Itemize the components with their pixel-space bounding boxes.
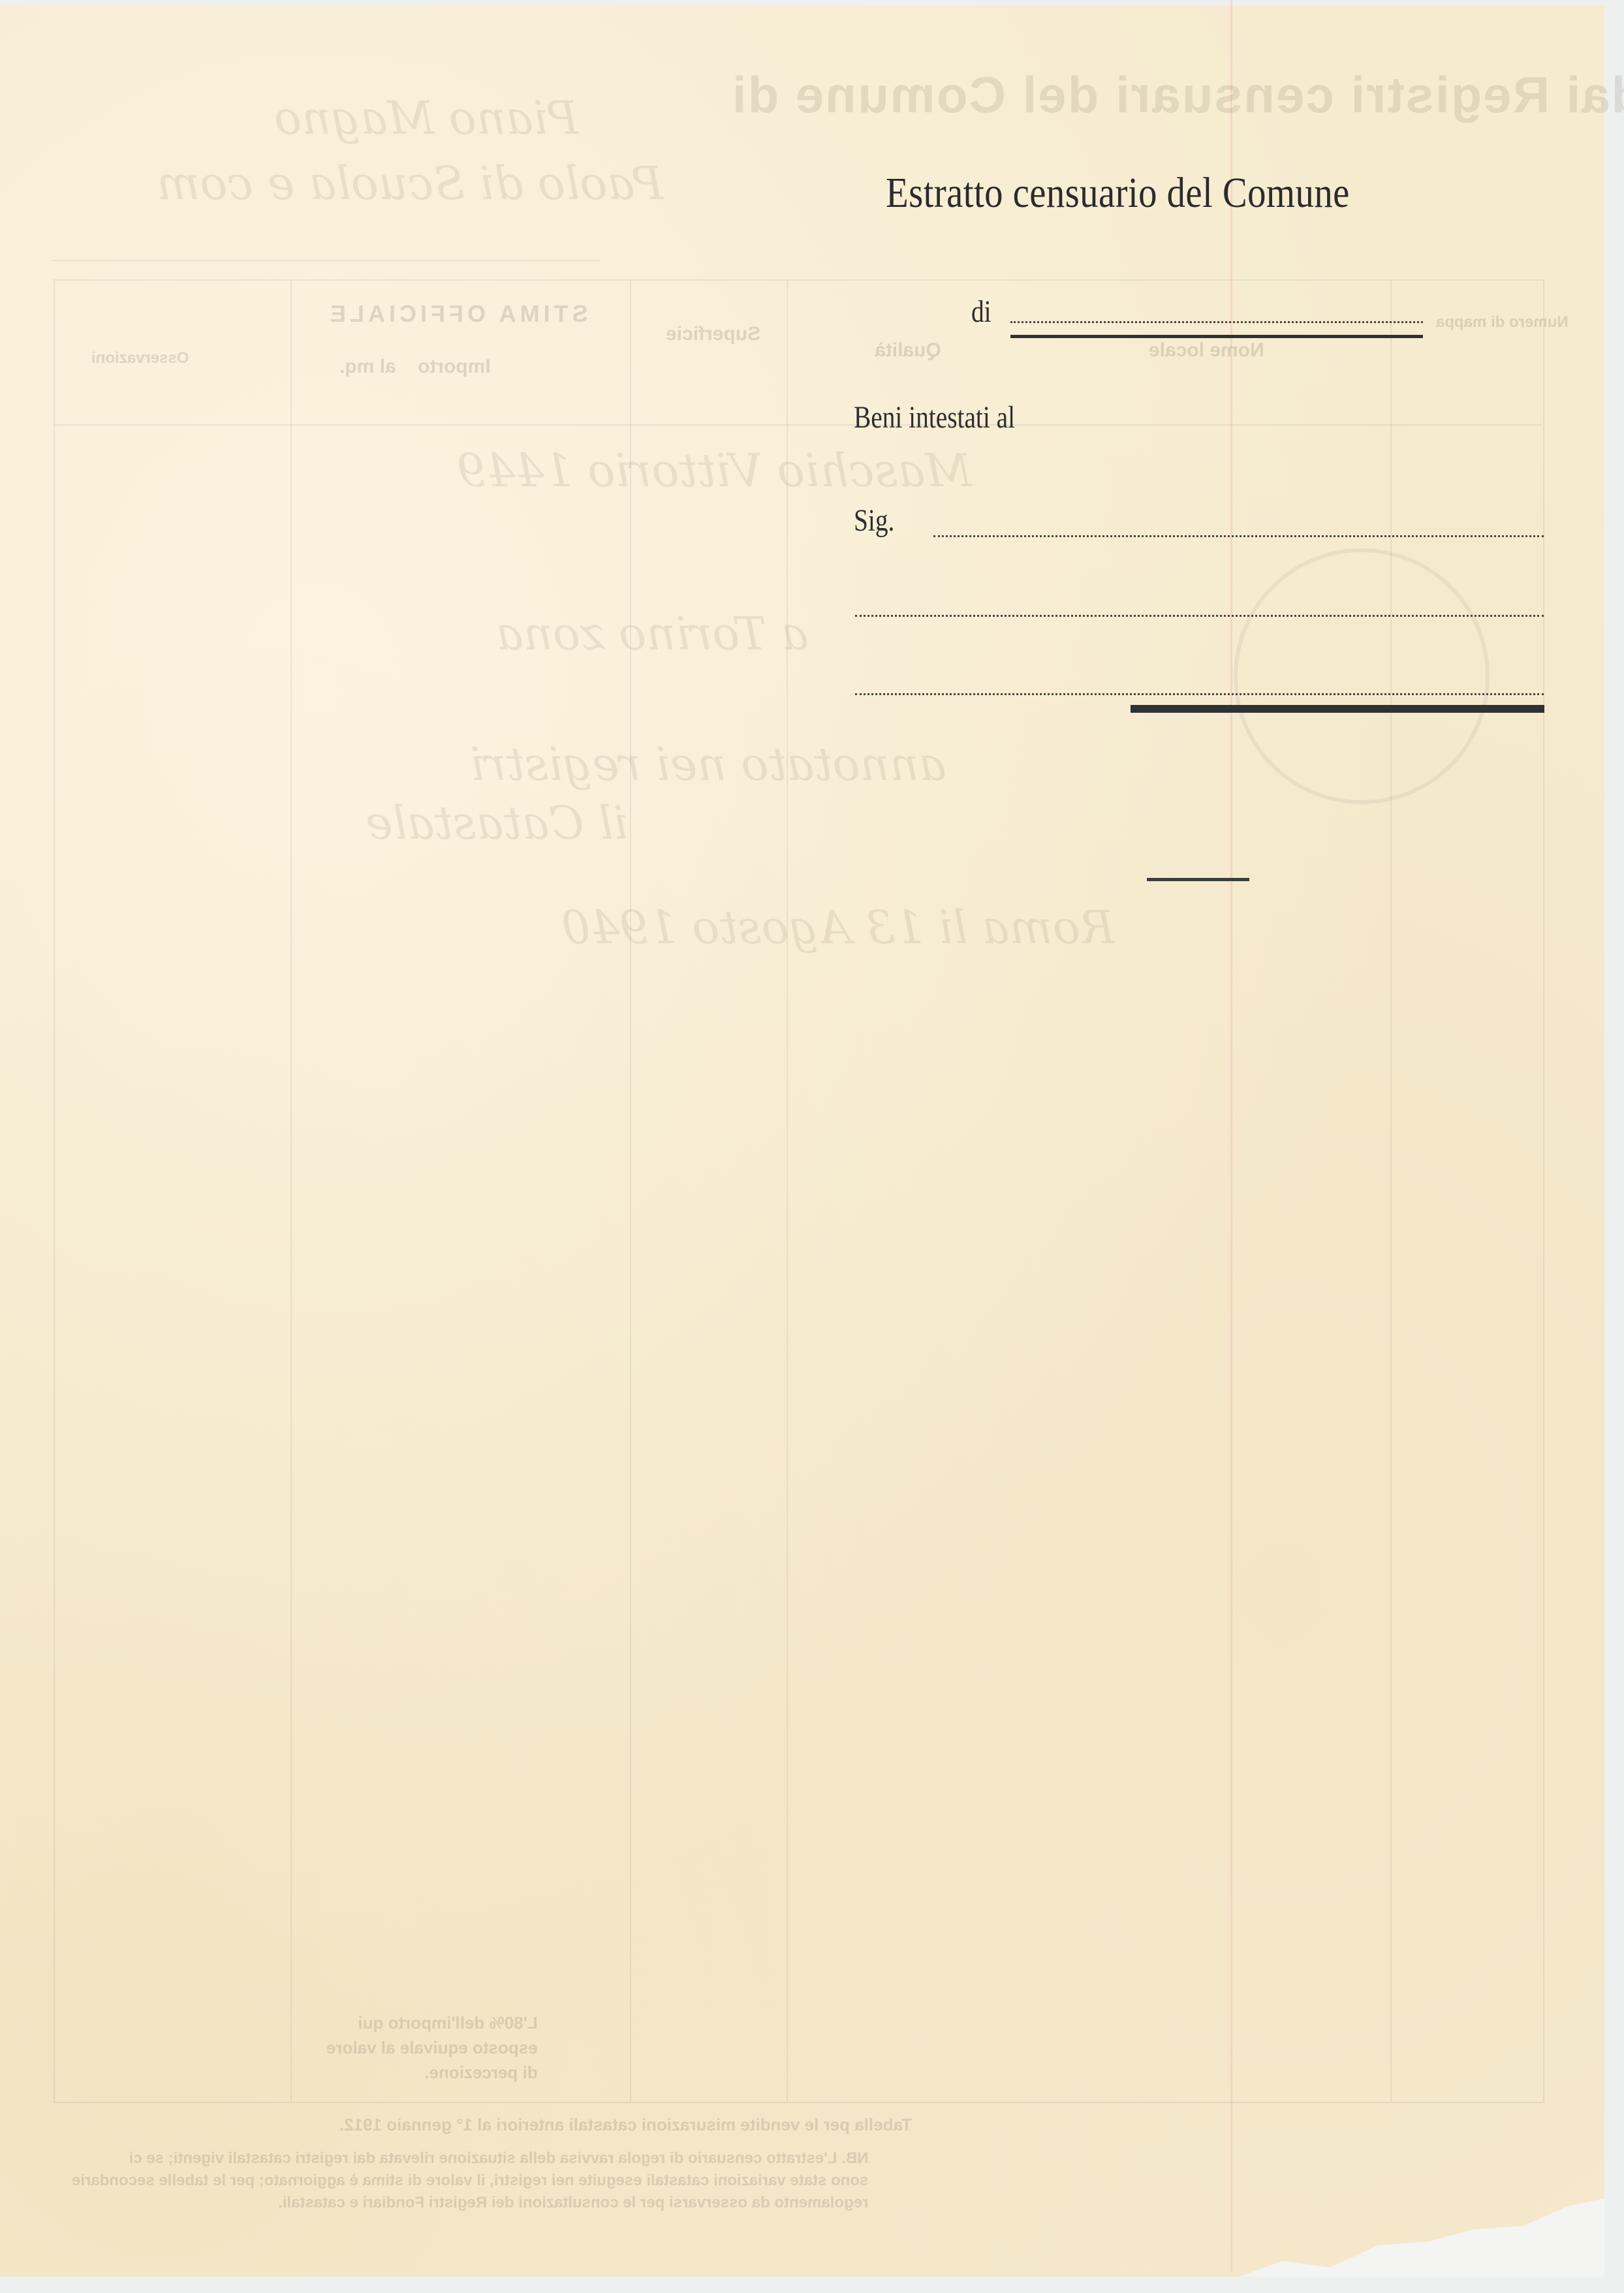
bleed-table-subheader: Superficie (666, 323, 760, 345)
intestatario-line-3[interactable] (855, 693, 1544, 695)
thick-separator (1131, 705, 1544, 713)
sig-field[interactable] (933, 535, 1544, 537)
comune-label: di (971, 294, 992, 330)
bleed-column-line (630, 281, 631, 2102)
bleed-table-subheader: Qualità (875, 339, 941, 362)
bleed-column-line (290, 281, 292, 2102)
sig-label: Sig. (854, 503, 894, 538)
bleed-table-header: STIMA OFFICIALE (326, 300, 588, 328)
bleed-column-line (787, 281, 788, 2102)
bleed-footer-line: Tabella per le vendite misurazioni catas… (339, 2115, 912, 2135)
bleed-stamp (1234, 548, 1490, 804)
bleed-table-subheader: Nome locale (1149, 339, 1264, 362)
bleed-handwriting: Piano Magno (274, 91, 578, 145)
bleed-footnote-cell: L'80% dell'importo quiesposto equivale a… (326, 2010, 538, 2085)
bleed-table-subheader: Importo al mq. (339, 356, 491, 378)
short-separator (1147, 878, 1249, 881)
bleed-table-subheader: Numero di mappa (1436, 313, 1569, 332)
beni-intestati-label: Beni intestati al (854, 399, 1015, 435)
bleed-table-subheader: Osservazioni (91, 349, 189, 367)
torn-corner (1239, 2198, 1604, 2277)
bleed-rule (55, 424, 1542, 426)
bleed-rule (52, 260, 601, 261)
comune-underline (1010, 335, 1423, 338)
bleed-table-frame (54, 279, 1544, 2103)
comune-field[interactable] (1010, 321, 1423, 323)
bleed-header-text: Estratto dai Registri censuari del Comun… (731, 65, 1624, 125)
bleed-handwriting: Paolo di Scuola e com (157, 157, 663, 210)
form-title: Estratto censuario del Comune (886, 168, 1350, 218)
bleed-footer-text: NB. L'estratto censuario di regola ravvi… (72, 2147, 868, 2214)
intestatario-line-2[interactable] (855, 615, 1544, 617)
